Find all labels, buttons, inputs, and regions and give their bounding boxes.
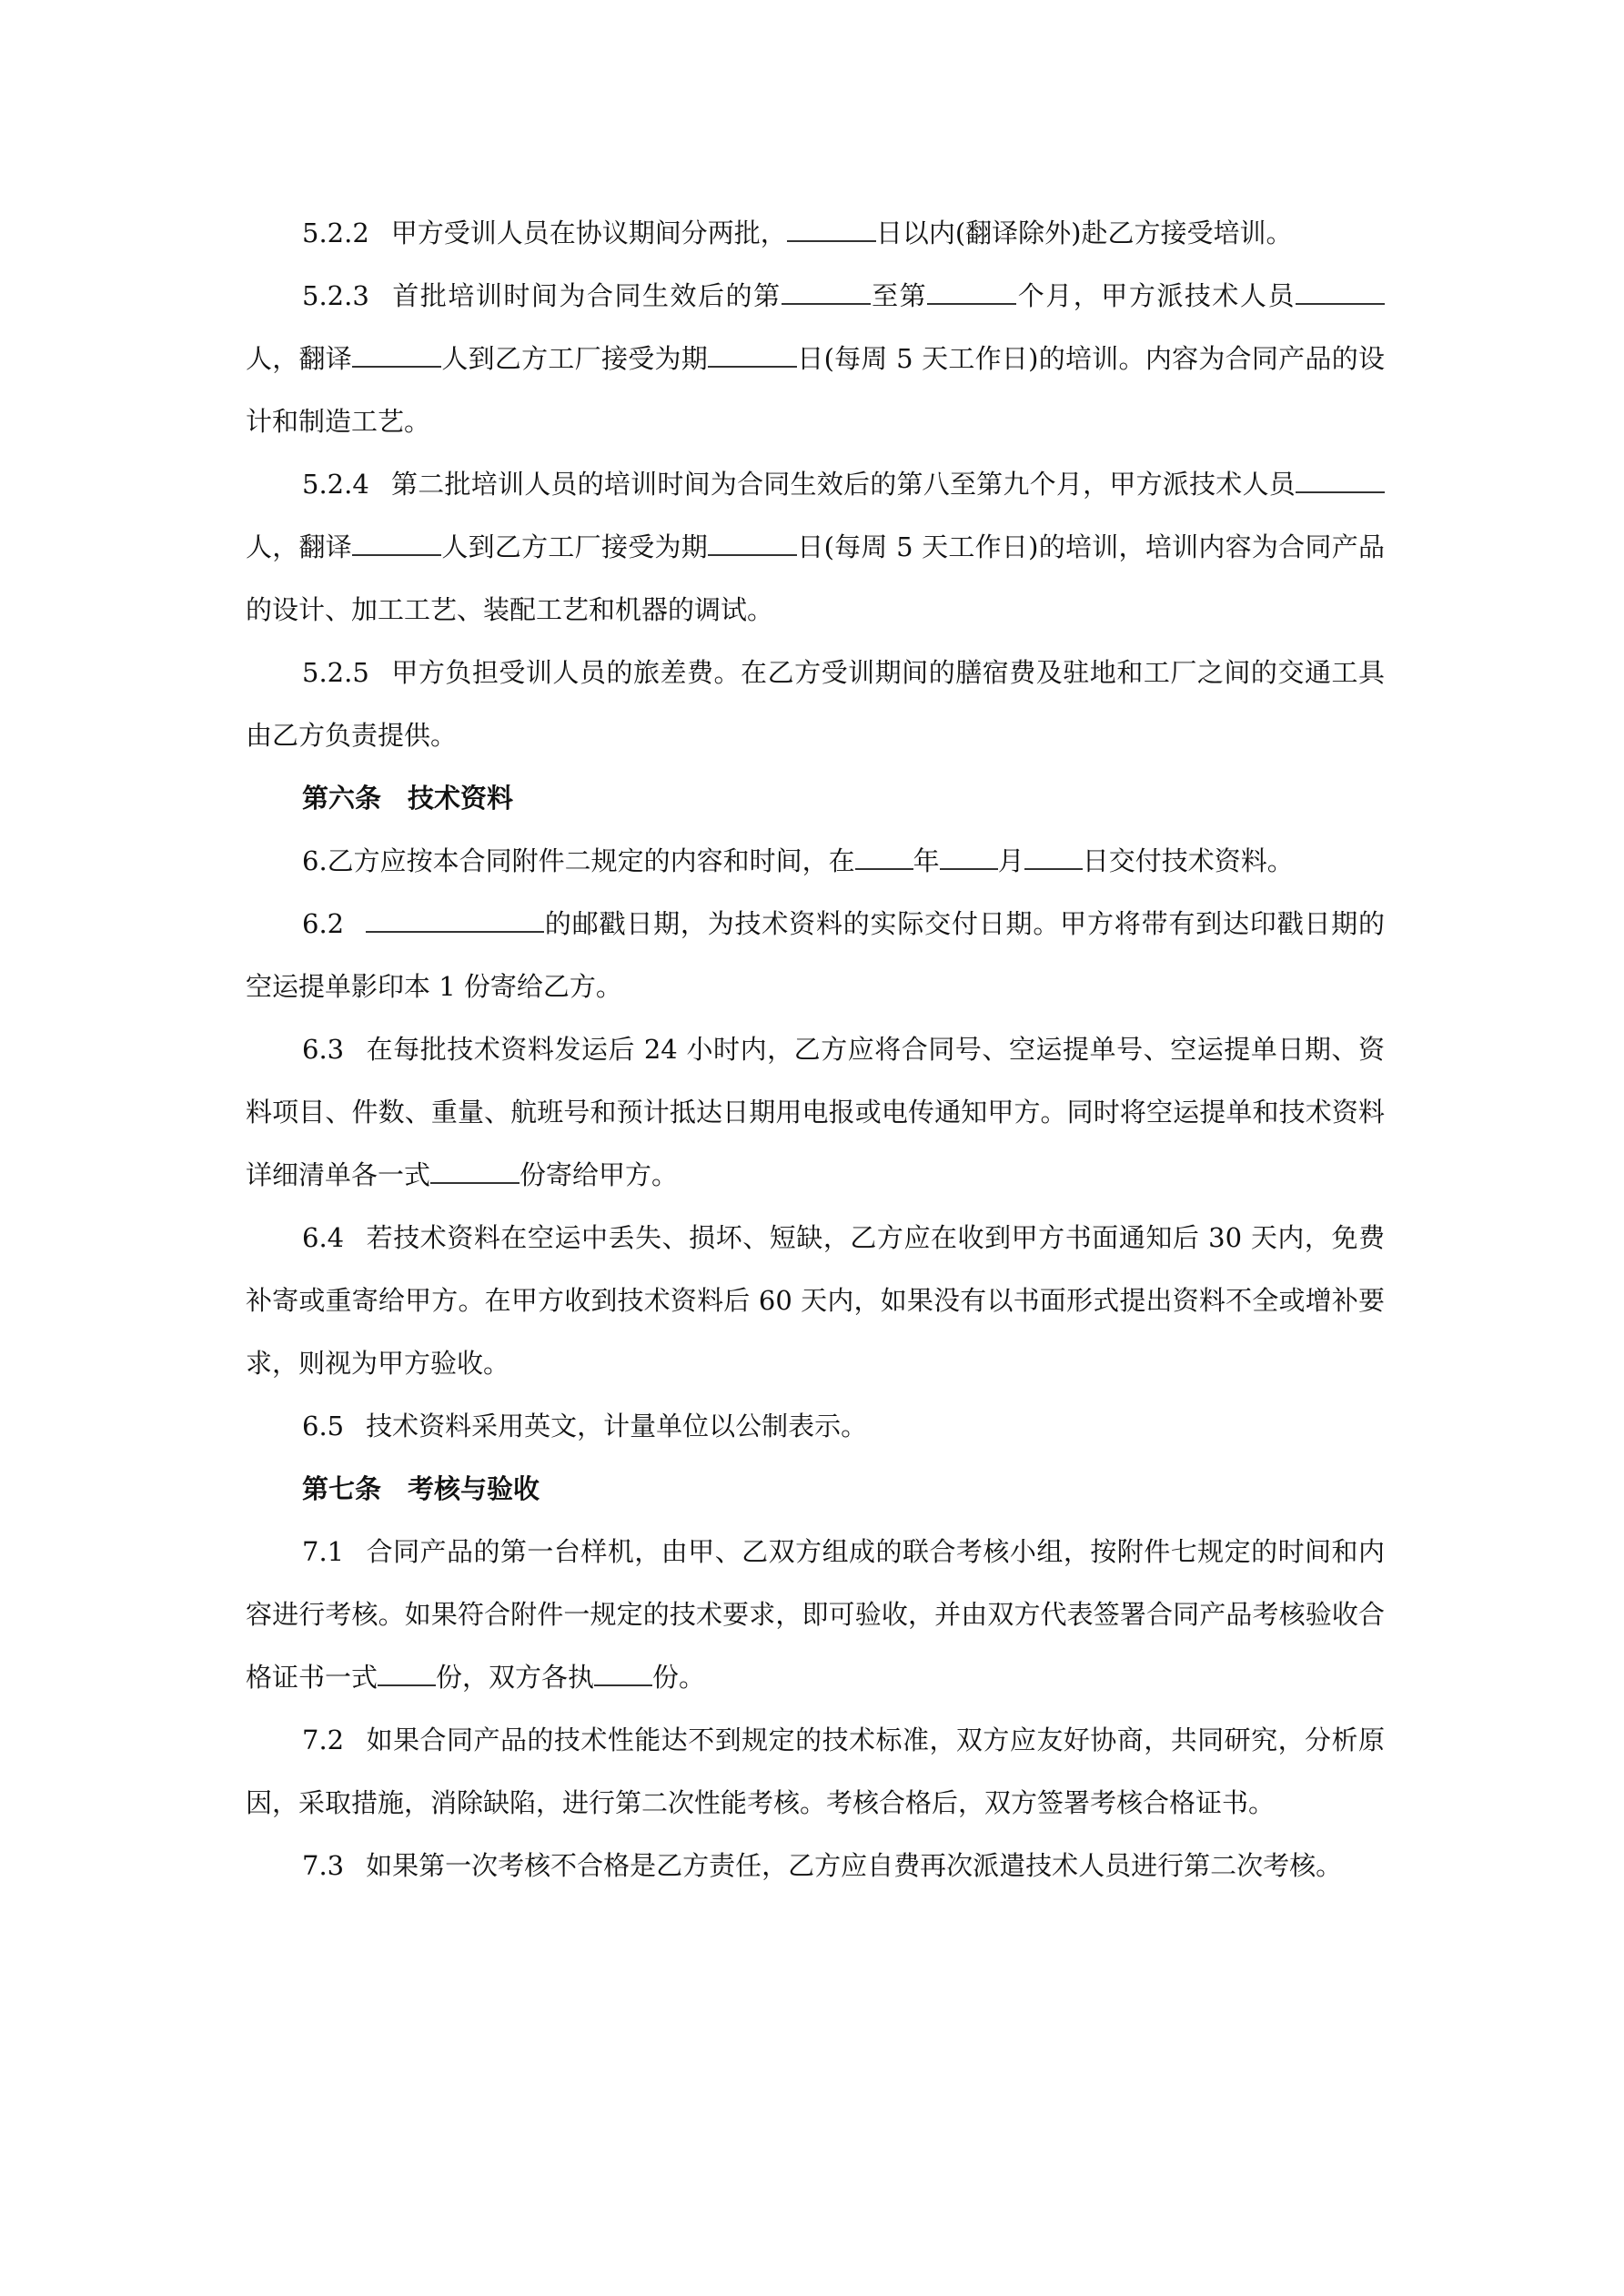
clause-paragraph: 6.5技术资料采用英文，计量单位以公制表示。 — [246, 1395, 1385, 1458]
fill-in-blank — [378, 1664, 436, 1686]
clause-number: 6.2 — [302, 908, 344, 939]
fill-in-blank — [366, 911, 544, 933]
document-page: 5.2.2甲方受训人员在协议期间分两批，日以内(翻译除外)赴乙方接受培训。5.2… — [246, 202, 1385, 1897]
fill-in-blank — [352, 346, 441, 368]
fill-in-blank — [782, 283, 871, 305]
fill-in-blank — [927, 283, 1016, 305]
clause-number: 5.2.4 — [302, 469, 369, 500]
fill-in-blank — [430, 1162, 519, 1184]
clause-number: 7.3 — [302, 1850, 344, 1881]
clause-paragraph: 5.2.4第二批培训人员的培训时间为合同生效后的第八至第九个月，甲方派技术人员人… — [246, 453, 1385, 642]
clause-paragraph: 5.2.5甲方负担受训人员的旅差费。在乙方受训期间的膳宿费及驻地和工厂之间的交通… — [246, 642, 1385, 767]
clause-number: 7.1 — [302, 1536, 344, 1567]
section-heading: 第七条 考核与验收 — [246, 1458, 1385, 1521]
clause-number: 6.3 — [302, 1034, 344, 1065]
fill-in-blank — [352, 534, 441, 556]
clause-paragraph: 7.2如果合同产品的技术性能达不到规定的技术标准，双方应友好协商，共同研究，分析… — [246, 1709, 1385, 1835]
fill-in-blank — [855, 848, 913, 870]
clause-paragraph: 6.3在每批技术资料发运后 24 小时内，乙方应将合同号、空运提单号、空运提单日… — [246, 1018, 1385, 1207]
clause-number: 7.2 — [302, 1725, 344, 1755]
fill-in-blank — [708, 534, 797, 556]
clause-paragraph: 7.3如果第一次考核不合格是乙方责任，乙方应自费再次派遣技术人员进行第二次考核。 — [246, 1835, 1385, 1897]
clause-number: 6.4 — [302, 1222, 344, 1253]
clause-number: 5.2.3 — [302, 280, 369, 311]
section-heading: 第六条 技术资料 — [246, 767, 1385, 830]
fill-in-blank — [1296, 471, 1385, 493]
clause-paragraph: 6.4若技术资料在空运中丢失、损坏、短缺，乙方应在收到甲方书面通知后 30 天内… — [246, 1207, 1385, 1395]
fill-in-blank — [1296, 283, 1385, 305]
fill-in-blank — [708, 346, 797, 368]
clause-paragraph: 5.2.2甲方受训人员在协议期间分两批，日以内(翻译除外)赴乙方接受培训。 — [246, 202, 1385, 265]
clause-paragraph: 5.2.3首批培训时间为合同生效后的第至第个月，甲方派技术人员人，翻译人到乙方工… — [246, 265, 1385, 453]
clause-paragraph: 6.2的邮戳日期，为技术资料的实际交付日期。甲方将带有到达印戳日期的空运提单影印… — [246, 893, 1385, 1018]
clause-paragraph: 6.乙方应按本合同附件二规定的内容和时间，在年月日交付技术资料。 — [246, 830, 1385, 893]
fill-in-blank — [940, 848, 998, 870]
fill-in-blank — [594, 1664, 652, 1686]
fill-in-blank — [1024, 848, 1083, 870]
clause-number: 5.2.5 — [302, 657, 369, 688]
clause-paragraph: 7.1合同产品的第一台样机，由甲、乙双方组成的联合考核小组，按附件七规定的时间和… — [246, 1521, 1385, 1709]
clause-number: 6.5 — [302, 1411, 344, 1441]
fill-in-blank — [787, 220, 876, 242]
clause-number: 5.2.2 — [302, 217, 369, 248]
